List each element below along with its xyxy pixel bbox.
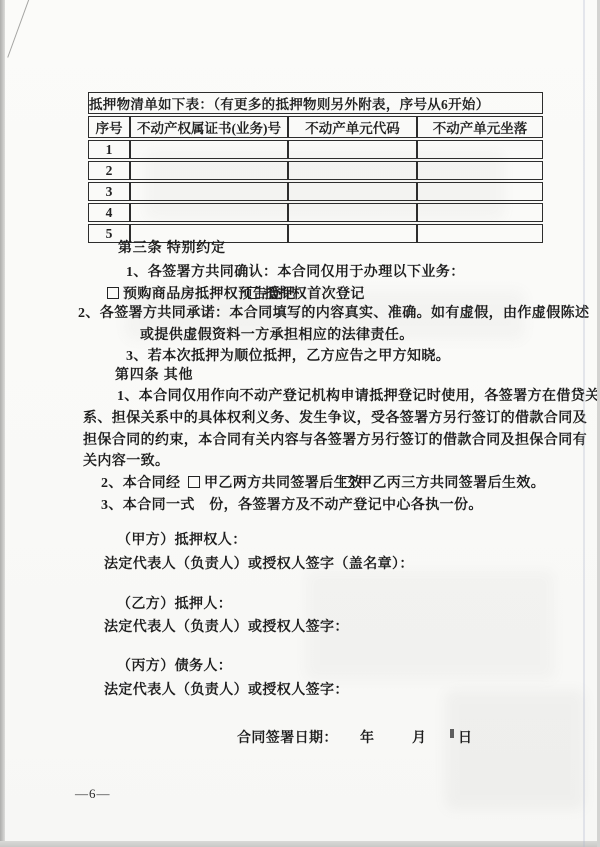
seq-cell: 3 [88,182,130,201]
article3-clause3: 3、若本次抵押为顺位抵押，乙方应告之甲方知晓。 [126,349,450,364]
scanned-contract-page: { "mortgage_table": { "caption": "抵押物清单如… [0,0,600,847]
page-number: —6— [75,786,111,802]
table-header-row: 序号 不动产权属证书(业务)号 不动产单元代码 不动产单元坐落 [88,116,543,138]
column-header-seq: 序号 [88,116,130,138]
article4-heading: 第四条 其他 [115,368,193,383]
checkbox-option-first-registration: 抵押权首次登记 [248,287,365,302]
table-caption-row: 抵押物清单如下表：（有更多的抵押物则另外附表，序号从6开始） [88,92,543,114]
signing-date-label: 合同签署日期： [237,731,338,746]
location-cell [417,140,543,159]
table-row: 2 [88,161,543,180]
checkbox-icon [188,476,200,488]
column-header-cert-no: 不动产权属证书(业务)号 [130,116,288,138]
seq-cell: 4 [88,203,130,222]
checkbox-option-label: 抵押权首次登记 [264,287,365,302]
party-a-signature-label: 法定代表人（负责人）或授权人签字（盖名章）： [104,557,414,572]
article4-clause1-line1: 1、本合同仅用作向不动产登记机构申请抵押登记时使用，各签署方在借贷关 [117,389,600,404]
checkbox-option-two-party: 甲乙两方共同签署后生效 [188,476,362,491]
cert-no-cell [130,182,288,201]
mortgage-items-table: 抵押物清单如下表：（有更多的抵押物则另外附表，序号从6开始） 序号 不动产权属证… [88,90,543,245]
unit-code-cell [288,224,417,243]
column-header-location: 不动产单元坐落 [417,116,543,138]
cert-no-cell [130,203,288,222]
checkbox-option-three-party: 甲乙丙三方共同签署后生效。 [342,476,545,491]
paper-page: 抵押物清单如下表：（有更多的抵押物则另外附表，序号从6开始） 序号 不动产权属证… [5,0,597,841]
location-cell [417,182,543,201]
checkbox-icon [342,476,354,488]
article4-clause3: 3、本合同一式 份，各签署方及不动产登记中心各执一份。 [101,498,483,513]
checkbox-option-label: 甲乙两方共同签署后生效 [204,476,362,491]
table-row: 4 [88,203,543,222]
ink-speck [450,729,454,738]
location-cell [417,161,543,180]
day-label: 日 [458,731,472,746]
unit-code-cell [288,182,417,201]
unit-code-cell [288,203,417,222]
article3-heading: 第三条 特别约定 [118,241,226,256]
party-c-signature-label: 法定代表人（负责人）或授权人签字： [104,683,349,698]
scan-edge-bottom [0,841,600,847]
party-c-title: （丙方）债务人： [117,659,232,674]
checkbox-icon [107,287,119,299]
article4-clause2-prefix: 2、本合同经 [101,476,180,491]
year-label: 年 [360,731,374,746]
table-caption: 抵押物清单如下表：（有更多的抵押物则另外附表，序号从6开始） [88,92,543,114]
seq-cell: 2 [88,161,130,180]
table-row: 1 [88,140,543,159]
location-cell [417,203,543,222]
article3-clause1: 1、各签署方共同确认：本合同仅用于办理以下业务： [126,265,465,280]
article4-clause1-line4: 关内容一致。 [83,454,169,469]
month-label: 月 [412,731,426,746]
seq-cell: 1 [88,140,130,159]
table-row: 3 [88,182,543,201]
cert-no-cell [130,140,288,159]
article3-clause2-line1: 2、各签署方共同承诺：本合同填写的内容真实、准确。如有虚假，由作虚假陈述 [78,306,589,321]
location-cell [417,224,543,243]
scan-edge-left [0,0,5,847]
party-b-title: （乙方）抵押人： [117,597,232,612]
party-b-signature-label: 法定代表人（负责人）或授权人签字： [104,620,349,635]
checkbox-icon [248,287,260,299]
checkbox-option-label: 甲乙丙三方共同签署后生效。 [358,476,545,491]
article3-clause2-line2: 或提供虚假资料一方承担相应的法律责任。 [140,328,414,343]
unit-code-cell [288,140,417,159]
cert-no-cell [130,161,288,180]
column-header-unit-code: 不动产单元代码 [288,116,417,138]
article4-clause1-line3: 担保合同的约束，本合同有关内容与各签署方另行签订的借款合同及担保合同有 [83,433,587,448]
party-a-title: （甲方）抵押权人： [117,533,247,548]
scan-crease-line [583,0,585,847]
unit-code-cell [288,161,417,180]
article4-clause1-line2: 系、担保关系中的具体权利义务、发生争议，受各签署方另行签订的借款合同及 [83,411,587,426]
bleedthrough-smudge [445,690,585,810]
